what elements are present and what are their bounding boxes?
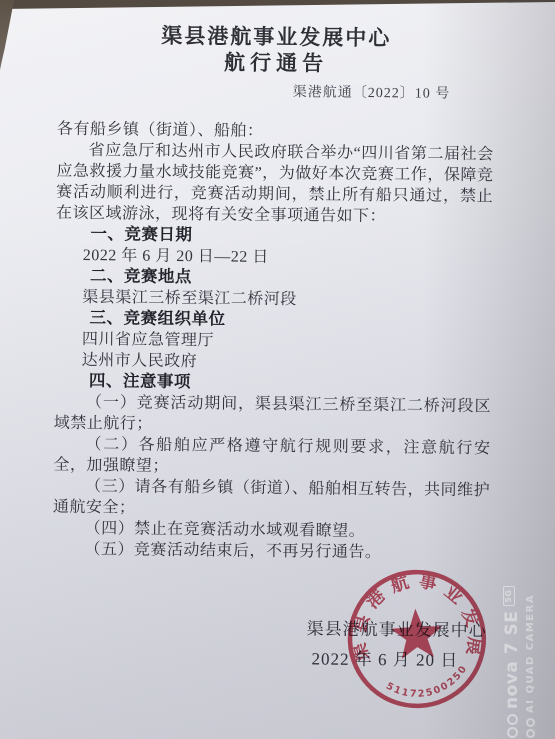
seal-star-icon	[389, 607, 444, 659]
notice-item-5: （五）竞赛活动结束后，不再另行通告。	[52, 539, 489, 565]
official-seal: 渠县港航事业发展中心 5117250025008	[339, 561, 495, 721]
document-photo: 渠县港航事业发展中心 航行通告 渠港航通〔2022〕10 号 各有船乡镇（街道）…	[0, 0, 555, 739]
doc-body: 各有船乡镇（街道）、船舶： 省应急厅和达州市人民政府联合举办“四川省第二届社会应…	[52, 119, 494, 565]
nova-logo-icon	[507, 714, 518, 738]
5g-badge: 5G	[503, 587, 515, 606]
intro-paragraph: 省应急厅和达州市人民政府联合举办“四川省第二届社会应急救援力量水域技能竞赛”，为…	[56, 140, 494, 229]
notice-item-3: （三）请各有船乡镇（街道）、船舶相互转告，共同维护通航安全；	[53, 476, 490, 523]
device-name: nova 7 SE	[502, 611, 522, 709]
photo-edge-shadow-top	[0, 0, 555, 9]
doc-number: 渠港航通〔2022〕10 号	[57, 79, 494, 104]
notice-item-2: （二）各船舶应严格遵守航行规则要求，注意航行安全，加强瞭望；	[53, 434, 490, 481]
notice-item-1: （一）竞赛活动期间，渠县渠江三桥至渠江二桥河段区域禁止航行；	[54, 392, 491, 439]
nova-logo-icon-small	[526, 718, 535, 738]
camera-watermark: nova 7 SE 5G AI QUAD CAMERA	[496, 550, 542, 738]
camera-mode-label: AI QUAD CAMERA	[525, 594, 536, 713]
photo-corner-shadow-top-left	[0, 0, 16, 100]
doc-subtitle: 航行通告	[57, 48, 494, 79]
